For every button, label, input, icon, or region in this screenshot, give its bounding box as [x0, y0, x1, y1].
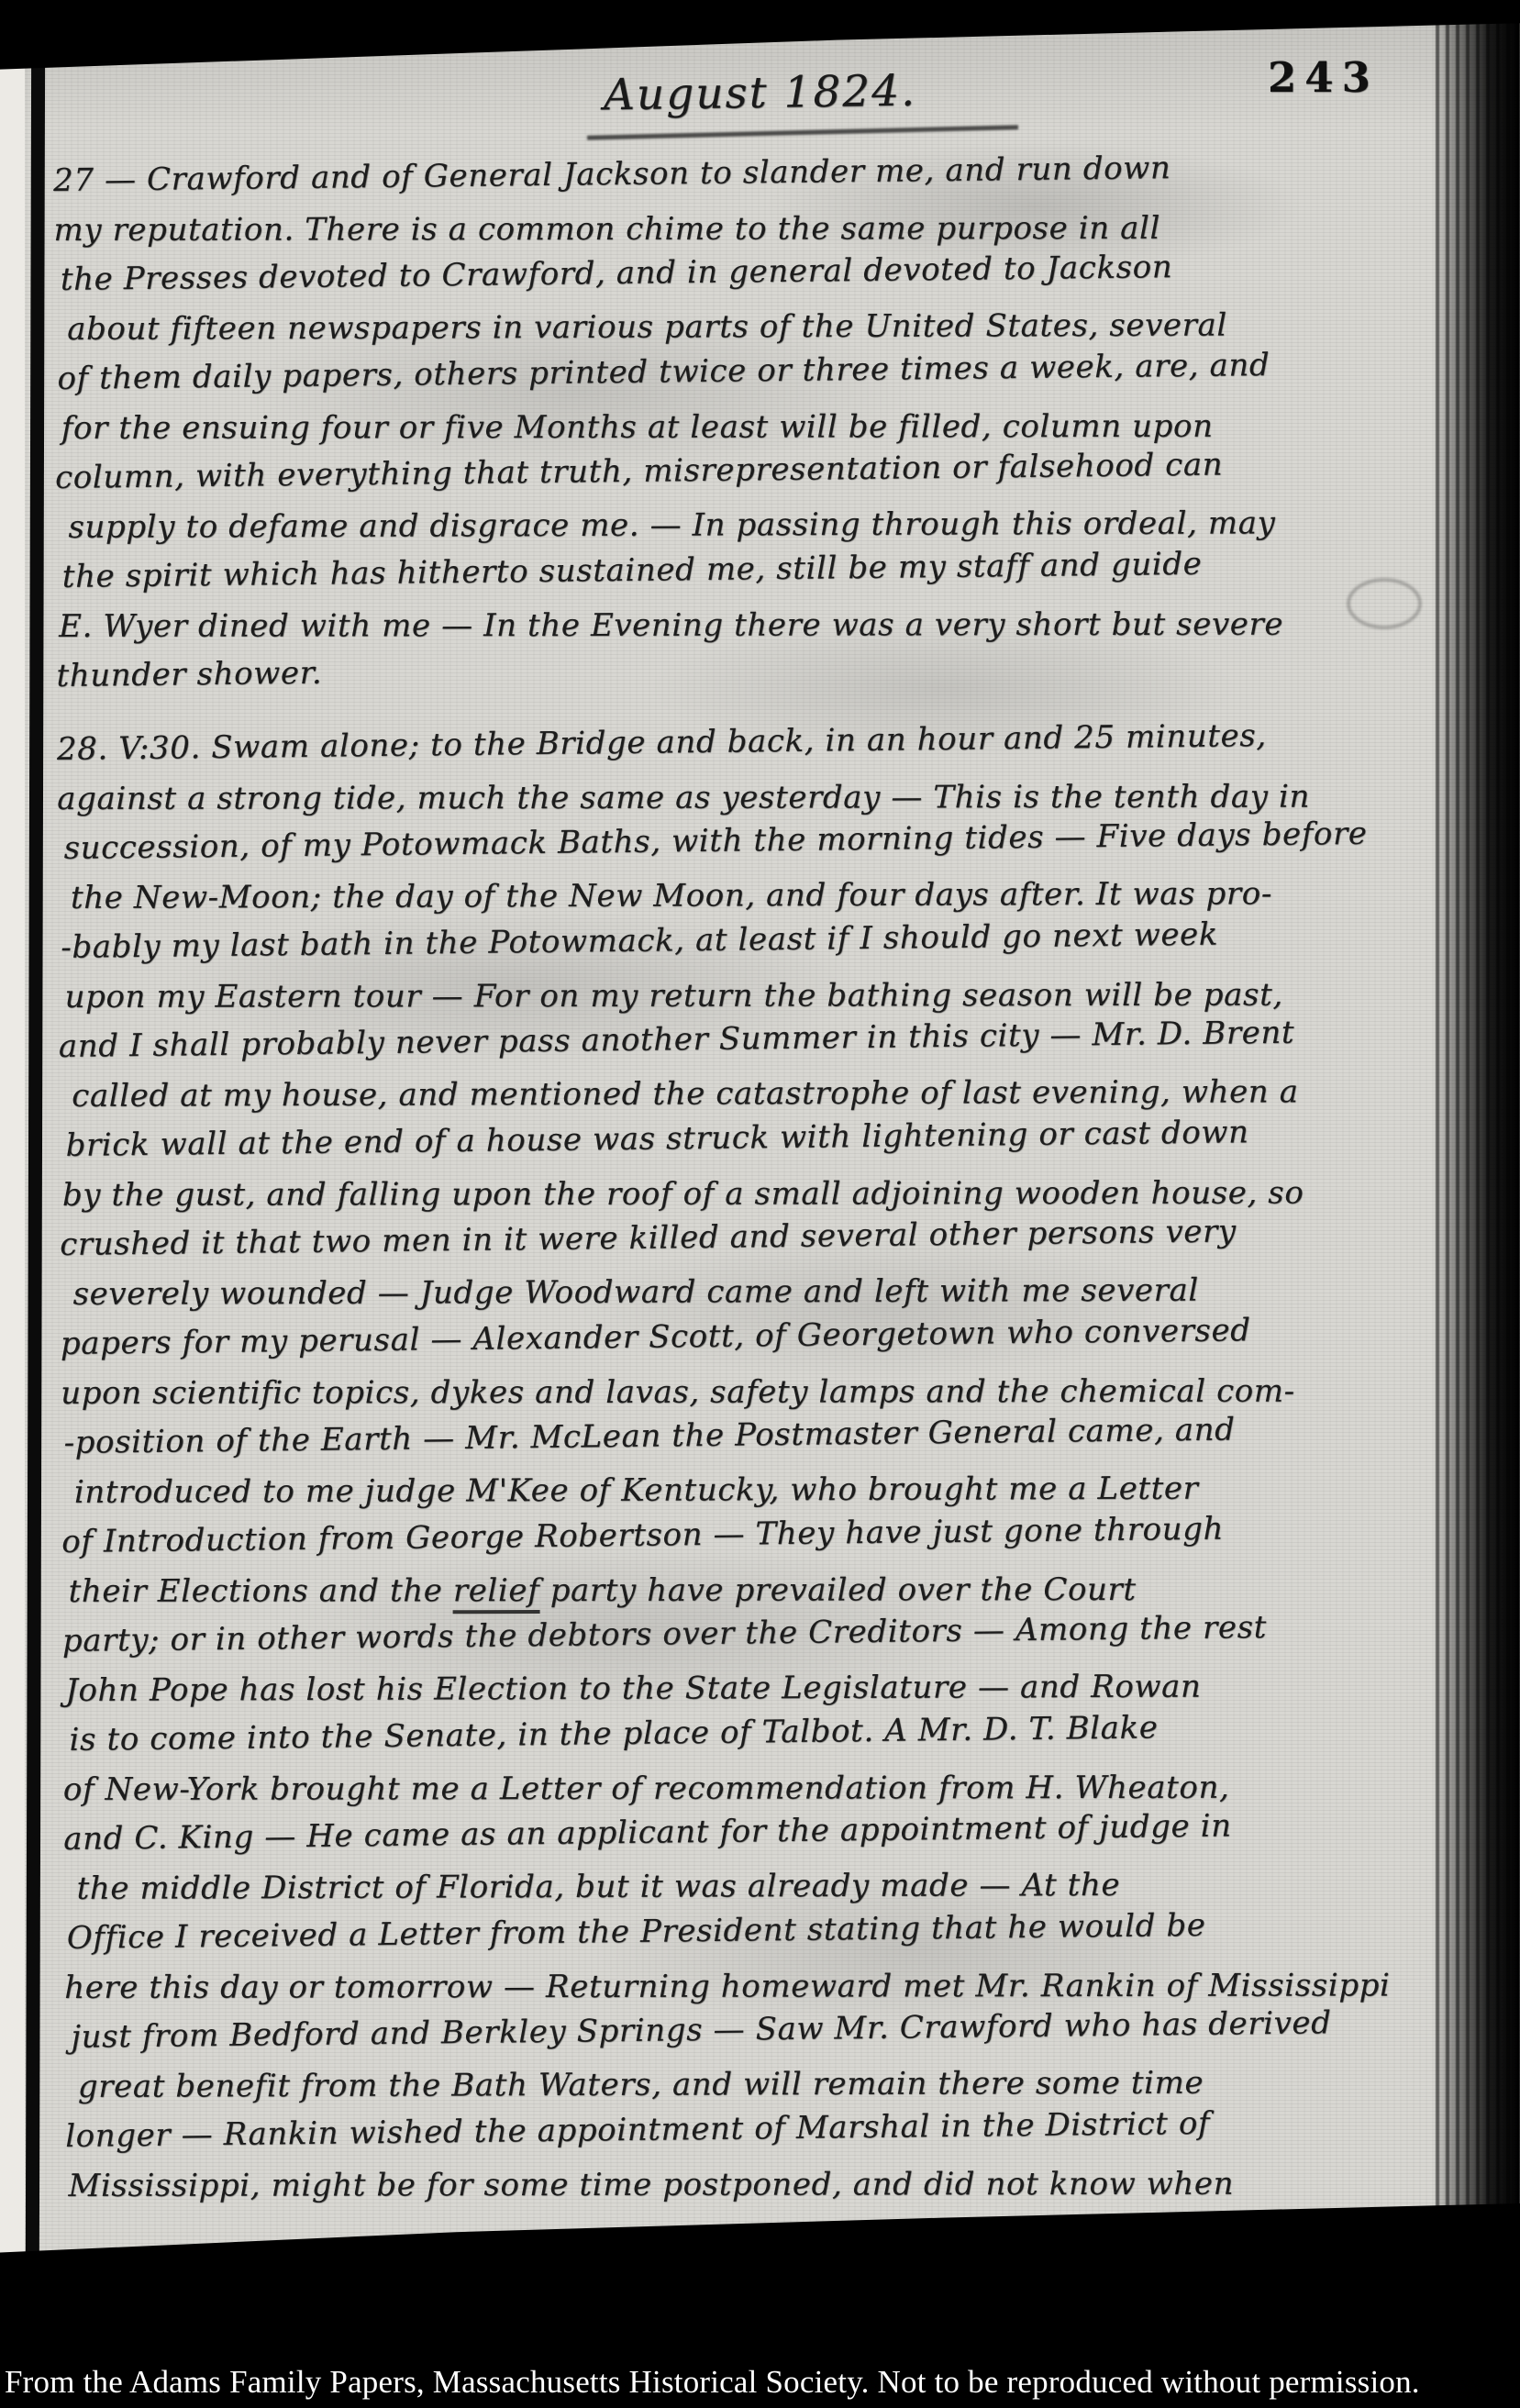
- page-number: 243: [1268, 53, 1379, 102]
- ink-smudge-ring: [1347, 578, 1422, 629]
- diary-entry-27: 27 — Crawford and of General Jackson to …: [53, 148, 1442, 701]
- diary-entry-28: 28. V:30. Swam alone; to the Bridge and …: [57, 716, 1451, 2211]
- manuscript-body: 27 — Crawford and of General Jackson to …: [53, 148, 1451, 2211]
- manuscript-line: 28. V:30. Swam alone; to the Bridge and …: [57, 709, 1443, 774]
- right-gutter-shadow: [1436, 0, 1520, 2295]
- left-page-edge: [0, 0, 25, 2295]
- underlined-word: relief: [453, 1572, 540, 1614]
- manuscript-scan-page: August 1824. 243 27 — Crawford and of Ge…: [0, 0, 1520, 2408]
- archive-caption: From the Adams Family Papers, Massachuse…: [5, 2364, 1420, 2401]
- manuscript-line: Mississippi, might be for some time post…: [65, 2158, 1450, 2211]
